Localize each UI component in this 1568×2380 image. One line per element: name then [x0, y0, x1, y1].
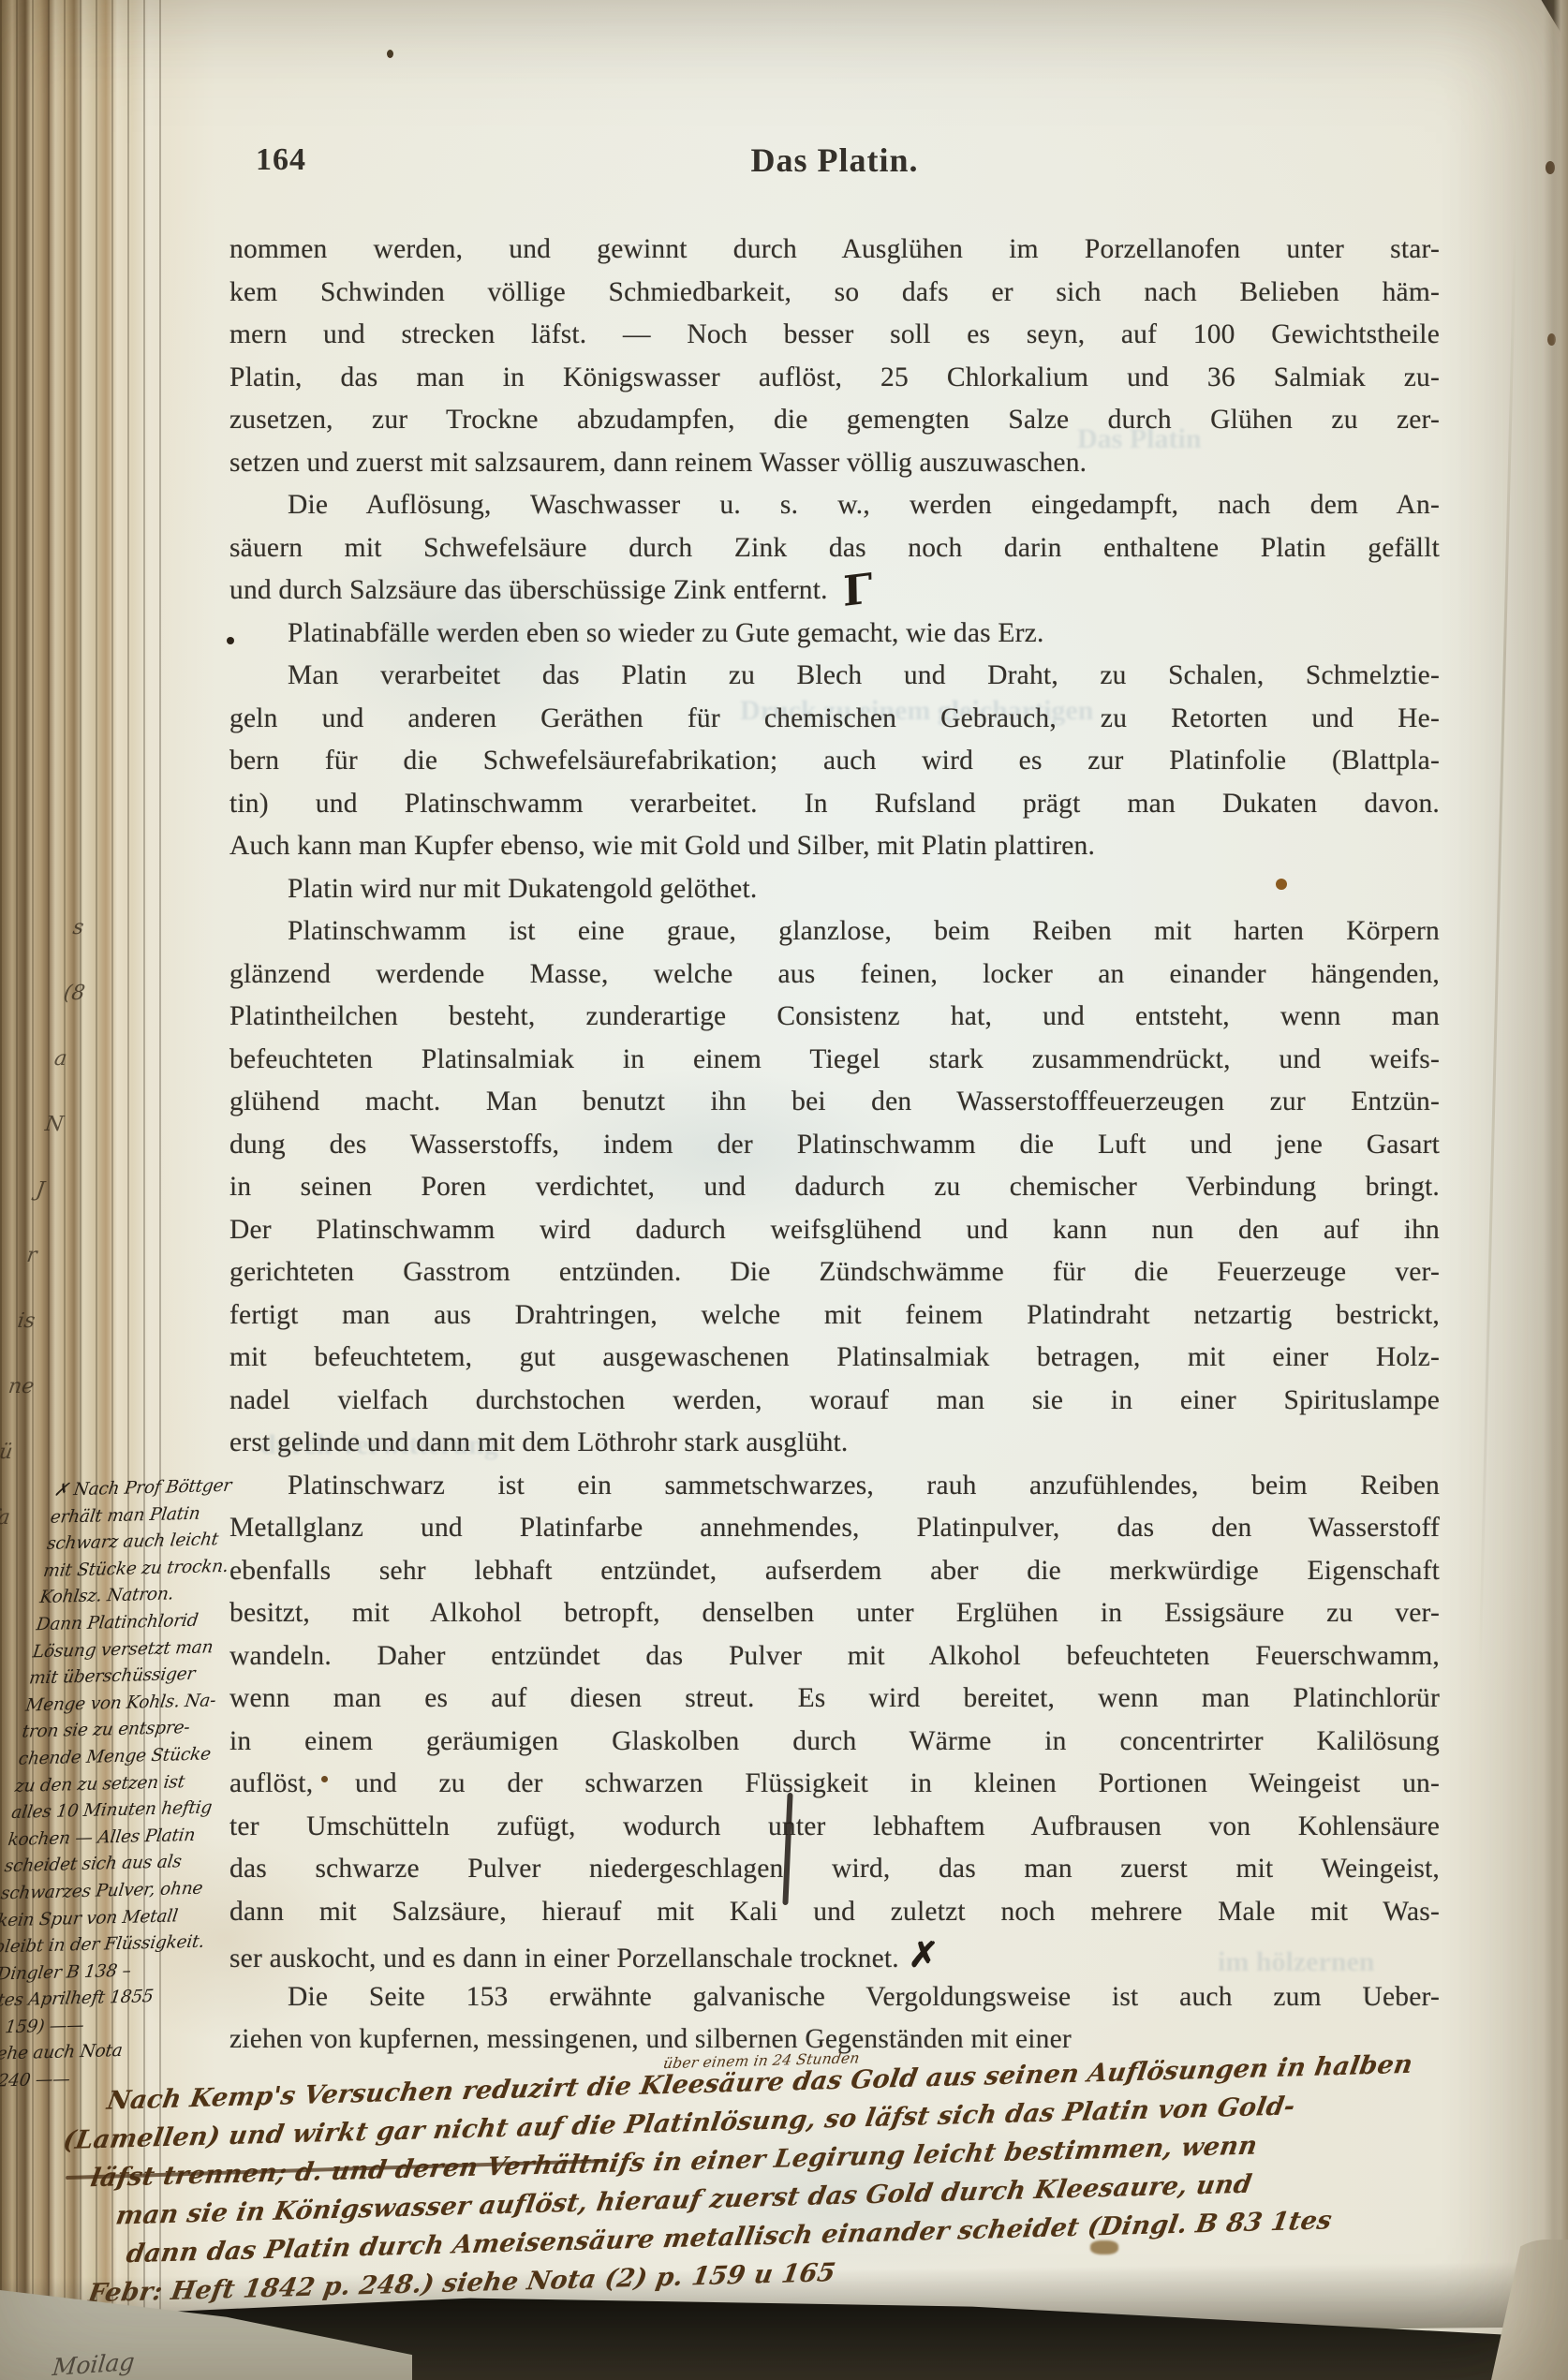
- print-line: setzen und zuerst mit salzsaurem, dann r…: [229, 442, 1440, 485]
- ink-smudge: [1090, 2240, 1118, 2254]
- print-line: geln und anderen Geräthen für chemischen…: [229, 698, 1440, 741]
- print-line: wenn man es auf diesen streut. Es wird b…: [229, 1678, 1440, 1721]
- page-header: 164 Das Platin.: [229, 142, 1440, 187]
- print-line: ebenfalls sehr lebhaft entzündet, aufser…: [229, 1550, 1440, 1593]
- foxing-spot: [1276, 879, 1287, 890]
- print-line: erst gelinde und dann mit dem Löthrohr s…: [229, 1422, 1440, 1465]
- print-line: nommen werden, und gewinnt durch Ausglüh…: [229, 229, 1440, 272]
- handwritten-x-mark: ✗: [908, 1932, 939, 1976]
- print-line: ser auskocht, und es dann in einer Porze…: [229, 1933, 1440, 1976]
- print-line: besitzt, mit Alkohol betropft, denselben…: [229, 1592, 1440, 1635]
- print-line: Platinschwamm ist eine graue, glanzlose,…: [229, 910, 1440, 953]
- paper-crease: [1478, 234, 1516, 1686]
- print-line: tin) und Platinschwamm verarbeitet. In R…: [229, 783, 1440, 826]
- print-line: Metallglanz und Platinfarbe annehmendes,…: [229, 1507, 1440, 1550]
- print-line: bern für die Schwefelsäurefabrikation; a…: [229, 740, 1440, 783]
- next-page-handwriting: Moilag: [52, 2348, 136, 2380]
- print-line: dung des Wasserstoffs, indem der Platins…: [229, 1124, 1440, 1167]
- ink-speck: [227, 637, 234, 644]
- print-line: mern und strecken läfst. — Noch besser s…: [229, 314, 1440, 357]
- print-line: ter Umschütteln zufügt, wodurch unter le…: [229, 1806, 1440, 1849]
- handwritten-gamma-mark: Γ: [842, 568, 872, 614]
- print-line: Platin wird nur mit Dukatengold gelöthet…: [229, 868, 1440, 911]
- print-line: Der Platinschwamm wird dadurch weifsglüh…: [229, 1209, 1440, 1252]
- print-line: Platinabfälle werden eben so wieder zu G…: [229, 613, 1440, 656]
- print-line: befeuchteten Platinsalmiak in einem Tieg…: [229, 1039, 1440, 1082]
- scanned-page-photo: s (8 a N J r is ne ü fa r fi a es Wa 47 …: [0, 0, 1568, 2380]
- print-line: dann mit Salzsäure, hierauf mit Kali und…: [229, 1891, 1440, 1934]
- print-line: Man verarbeitet das Platin zu Blech und …: [229, 655, 1440, 698]
- page-number: 164: [256, 142, 306, 178]
- print-line: Auch kann man Kupfer ebenso, wie mit Gol…: [229, 825, 1440, 868]
- page-right-edge: [1544, 0, 1568, 2380]
- print-line: wandeln. Daher entzündet das Pulver mit …: [229, 1635, 1440, 1678]
- print-line: glänzend werdende Masse, welche aus fein…: [229, 953, 1440, 997]
- print-line: Platin, das man in Königswasser auflöst,…: [229, 357, 1440, 400]
- print-line: Die Seite 153 erwähnte galvanische Vergo…: [229, 1976, 1440, 2019]
- print-line: Platinschwarz ist ein sammetschwarzes, r…: [229, 1465, 1440, 1508]
- print-line: fertigt man aus Drahtringen, welche mit …: [229, 1294, 1440, 1338]
- print-line: das schwarze Pulver niedergeschlagen wir…: [229, 1848, 1440, 1891]
- ink-speck: [387, 50, 393, 58]
- printed-text-block: 164 Das Platin. nommen werden, und gewin…: [229, 142, 1440, 2062]
- print-line: in seinen Poren verdichtet, und dadurch …: [229, 1166, 1440, 1209]
- print-line: kem Schwinden völlige Schmiedbarkeit, so…: [229, 272, 1440, 315]
- print-line: zusetzen, zur Trockne abzudampfen, die g…: [229, 399, 1440, 442]
- print-line: glühend macht. Man benutzt ihn bei den W…: [229, 1081, 1440, 1124]
- print-line: in einem geräumigen Glaskolben durch Wär…: [229, 1721, 1440, 1764]
- print-line-text: ser auskocht, und es dann in einer Porze…: [229, 1944, 899, 1973]
- foxing-spot: [321, 1776, 328, 1782]
- print-line: gerichteten Gasstrom entzünden. Die Zünd…: [229, 1251, 1440, 1294]
- print-line: auflöst, und zu der schwarzen Flüssigkei…: [229, 1763, 1440, 1806]
- print-line: mit befeuchtetem, gut ausgewaschenen Pla…: [229, 1337, 1440, 1380]
- print-line: säuern mit Schwefelsäure durch Zink das …: [229, 527, 1440, 570]
- print-line: nadel vielfach durchstochen werden, wora…: [229, 1380, 1440, 1423]
- print-line-text: und durch Salzsäure das überschüssige Zi…: [229, 575, 828, 605]
- print-line: Die Auflösung, Waschwasser u. s. w., wer…: [229, 484, 1440, 527]
- print-line: und durch Salzsäure das überschüssige Zi…: [229, 569, 1440, 613]
- print-line: Platintheilchen besteht, zunderartige Co…: [229, 996, 1440, 1039]
- running-title: Das Platin.: [750, 140, 918, 180]
